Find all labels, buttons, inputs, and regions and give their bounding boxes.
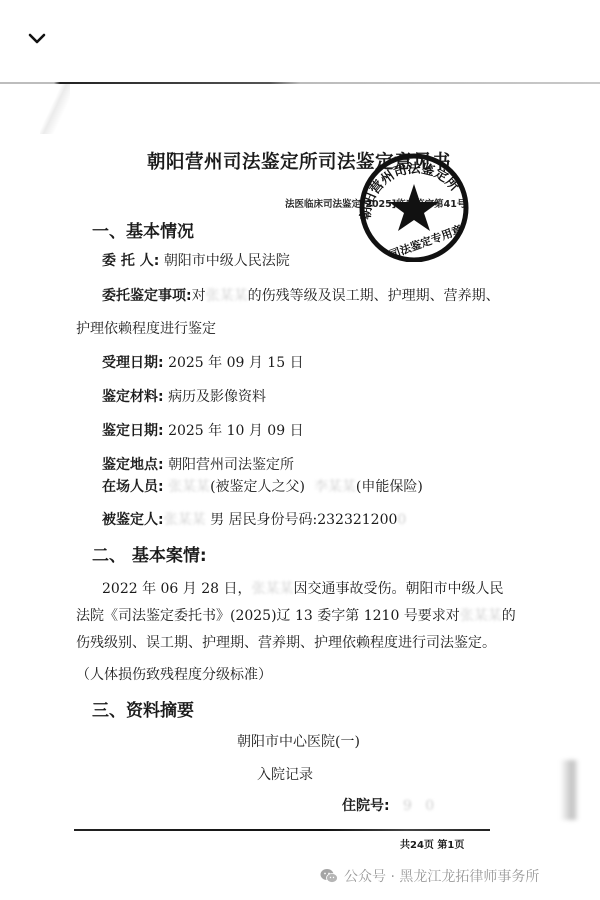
redacted-name: 张某某 — [168, 479, 210, 495]
case-para-line1: 2022 年 06 月 28 日，张某某因交通事故受伤。朝阳市中级人民 — [102, 578, 504, 598]
case-para-line2: 法院《司法鉴定委托书》(2025)辽 13 委字第 1210 号要求对张某某的 — [76, 605, 516, 625]
materials-value: 病历及影像资料 — [168, 389, 266, 405]
page-top-edge — [0, 82, 600, 84]
matter-prefix: 对 — [192, 288, 206, 304]
footer-rule — [74, 829, 490, 831]
case-para-line3: 伤残级别、误工期、护理期、营养期、护理依赖程度进行司法鉴定。 — [76, 632, 496, 652]
subject-row: 被鉴定人:张某某 男 居民身份号码:2323212000 — [102, 509, 406, 529]
subject-gender: 男 — [210, 512, 224, 528]
matter-label: 委托鉴定事项: — [102, 288, 192, 304]
materials-label: 鉴定材料: — [102, 389, 164, 405]
case-text: 法院《司法鉴定委托书》(2025)辽 13 委字第 1210 号要求对 — [76, 608, 460, 624]
present-label: 在场人员: — [102, 479, 164, 495]
watermark: 公众号 · 黑龙江龙拓律师事务所 — [320, 866, 539, 886]
page-fold-shadow — [40, 84, 70, 134]
present-role-2: (申能保险) — [356, 479, 423, 495]
present-role-1: (被鉴定人之父) — [210, 479, 305, 495]
section-heading-summary: 三、资料摘要 — [92, 696, 194, 721]
case-text: 2022 年 06 月 28 日， — [102, 581, 252, 597]
client-value: 朝阳市中级人民法院 — [164, 253, 290, 269]
exam-date-value: 2025 年 10 月 09 日 — [168, 423, 304, 439]
accept-date-value: 2025 年 09 月 15 日 — [168, 355, 304, 371]
page-edge-shadow — [560, 760, 578, 820]
location-value: 朝阳营州司法鉴定所 — [168, 457, 294, 473]
record-type: 入院记录 — [257, 764, 313, 784]
accept-date-label: 受理日期: — [102, 355, 164, 371]
section-heading-case: 二、 基本案情: — [92, 541, 207, 566]
hospital-name: 朝阳市中心医院(一) — [237, 731, 360, 751]
client-label: 委 托 人: — [102, 253, 159, 269]
location-label: 鉴定地点: — [102, 457, 164, 473]
redacted-name: 张某某 — [460, 608, 502, 624]
present-row: 在场人员: 张某某(被鉴定人之父) 李某某(申能保险) — [102, 476, 423, 496]
redacted-id: 0 — [397, 512, 406, 528]
page-indicator: 共24页 第1页 — [400, 836, 464, 851]
exam-date-label: 鉴定日期: — [102, 423, 164, 439]
accept-date-row: 受理日期: 2025 年 09 月 15 日 — [102, 352, 304, 372]
watermark-text: 公众号 · 黑龙江龙拓律师事务所 — [344, 866, 539, 886]
admission-no-visible: 9 — [403, 798, 412, 814]
viewer-toolbar — [0, 0, 600, 82]
redacted-name: 张某某 — [206, 288, 248, 304]
redacted-name: 李某某 — [314, 479, 356, 495]
subject-label: 被鉴定人: — [102, 512, 164, 528]
redacted-name: 张某某 — [164, 512, 206, 528]
admission-no-row: 住院号: 9 0 — [342, 795, 434, 815]
chevron-down-icon[interactable] — [26, 30, 48, 48]
matter-text-cont: 护理依赖程度进行鉴定 — [76, 318, 216, 338]
wechat-icon — [320, 868, 338, 884]
matter-text: 的伤残等级及误工期、护理期、营养期、 — [248, 288, 500, 304]
case-text: 的 — [502, 608, 516, 624]
admission-no-redacted: 0 — [425, 798, 434, 814]
case-text: 因交通事故受伤。朝阳市中级人民 — [294, 581, 504, 597]
materials-row: 鉴定材料: 病历及影像资料 — [102, 386, 266, 406]
admission-no-label: 住院号: — [342, 798, 390, 814]
subject-id-value: 232321200 — [317, 512, 397, 528]
section-heading-basic-info: 一、基本情况 — [92, 217, 194, 242]
official-seal-icon: 朝阳营州司法鉴定所 司法鉴定专用章 — [342, 150, 478, 262]
redacted-name: 张某某 — [252, 581, 294, 597]
exam-date-row: 鉴定日期: 2025 年 10 月 09 日 — [102, 420, 304, 440]
client-row: 委 托 人: 朝阳市中级人民法院 — [102, 250, 290, 270]
location-row: 鉴定地点: 朝阳营州司法鉴定所 — [102, 454, 294, 474]
subject-id-label: 居民身份号码: — [229, 512, 318, 528]
standard-note: （人体损伤致残程度分级标准） — [76, 664, 272, 684]
matter-row: 委托鉴定事项:对张某某的伤残等级及误工期、护理期、营养期、 — [102, 285, 500, 305]
